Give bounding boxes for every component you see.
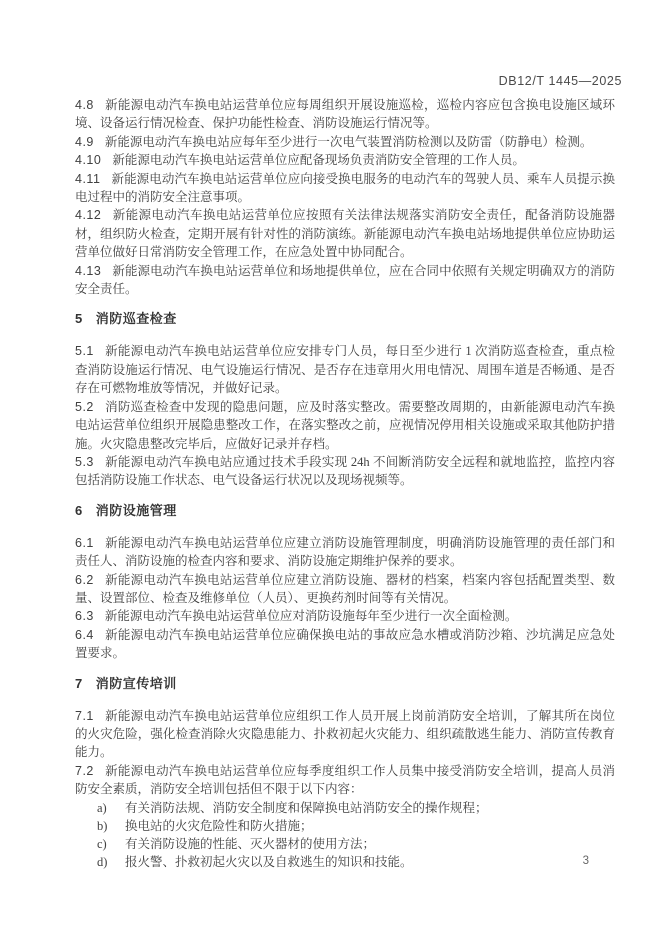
clause-4-12: 4.12新能源电动汽车换电站运营单位应按照有关法律法规落实消防安全责任，配备消防… xyxy=(75,206,615,261)
clause-number: 4.11 xyxy=(75,172,100,186)
clause-number: 5.1 xyxy=(75,344,94,358)
list-item-text: 报火警、扑救初起火灾以及自救逃生的知识和技能。 xyxy=(125,853,615,871)
clause-number: 6.4 xyxy=(75,628,94,642)
clause-number: 6.3 xyxy=(75,609,94,623)
clause-6-1: 6.1新能源电动汽车换电站运营单位应建立消防设施管理制度，明确消防设施管理的责任… xyxy=(75,534,615,571)
clause-text: 新能源电动汽车换电站运营单位应向接受换电服务的电动汽车的驾驶人员、乘车人员提示换… xyxy=(75,172,615,204)
clause-text: 新能源电动汽车换电站运营单位和场地提供单位，应在合同中依照有关规定明确双方的消防… xyxy=(75,264,615,296)
clause-text: 新能源电动汽车换电站运营单位应每周组织开展设施巡检，巡检内容应包含换电设施区域环… xyxy=(75,98,615,130)
clause-text: 消防巡查检查中发现的隐患问题，应及时落实整改。需要整改周期的，由新能源电动汽车换… xyxy=(75,400,615,451)
list-item-a: a)有关消防法规、消防安全制度和保障换电站消防安全的操作规程； xyxy=(97,799,615,817)
clause-number: 4.13 xyxy=(75,264,101,278)
clause-text: 新能源电动汽车换电站运营单位应组织工作人员开展上岗前消防安全培训，了解其所在岗位… xyxy=(75,709,615,760)
clause-text: 新能源电动汽车换电站运营单位应配备现场负责消防安全管理的工作人员。 xyxy=(112,153,525,167)
section-number: 6 xyxy=(75,503,83,518)
clause-6-3: 6.3新能源电动汽车换电站运营单位应对消防设施每年至少进行一次全面检测。 xyxy=(75,607,615,625)
document-body: 4.8新能源电动汽车换电站运营单位应每周组织开展设施巡检，巡检内容应包含换电设施… xyxy=(75,96,615,871)
list-item-d: d)报火警、扑救初起火灾以及自救逃生的知识和技能。 xyxy=(97,853,615,871)
clause-text: 新能源电动汽车换电站运营单位应安排专门人员，每日至少进行 1 次消防巡查检查，重… xyxy=(75,344,615,395)
clause-4-10: 4.10新能源电动汽车换电站运营单位应配备现场负责消防安全管理的工作人员。 xyxy=(75,151,615,169)
clause-4-8: 4.8新能源电动汽车换电站运营单位应每周组织开展设施巡检，巡检内容应包含换电设施… xyxy=(75,96,615,133)
clause-number: 6.1 xyxy=(75,536,94,550)
clause-4-13: 4.13新能源电动汽车换电站运营单位和场地提供单位，应在合同中依照有关规定明确双… xyxy=(75,262,615,299)
list-item-b: b)换电站的火灾危险性和防火措施； xyxy=(97,817,615,835)
section-heading-5: 5消防巡查检查 xyxy=(75,308,615,327)
clause-4-11: 4.11新能源电动汽车换电站运营单位应向接受换电服务的电动汽车的驾驶人员、乘车人… xyxy=(75,170,615,207)
list-item-label: d) xyxy=(97,853,125,871)
clause-number: 4.10 xyxy=(75,153,101,167)
clause-6-4: 6.4新能源电动汽车换电站运营单位应确保换电站的事故应急水槽或消防沙箱、沙坑满足… xyxy=(75,626,615,663)
clause-5-3: 5.3新能源电动汽车换电站应通过技术手段实现 24h 不间断消防安全远程和就地监… xyxy=(75,453,615,490)
clause-text: 新能源电动汽车换电站应通过技术手段实现 24h 不间断消防安全远程和就地监控，监… xyxy=(75,455,615,487)
clause-5-1: 5.1新能源电动汽车换电站运营单位应安排专门人员，每日至少进行 1 次消防巡查检… xyxy=(75,342,615,397)
clause-text: 新能源电动汽车换电站运营单位应建立消防设施、器材的档案，档案内容包括配置类型、数… xyxy=(75,573,615,605)
list-item-c: c)有关消防设施的性能、灭火器材的使用方法； xyxy=(97,835,615,853)
clause-text: 新能源电动汽车换电站运营单位应对消防设施每年至少进行一次全面检测。 xyxy=(105,609,518,623)
document-page: DB12/T 1445—2025 4.8新能源电动汽车换电站运营单位应每周组织开… xyxy=(0,0,662,936)
training-content-list: a)有关消防法规、消防安全制度和保障换电站消防安全的操作规程； b)换电站的火灾… xyxy=(75,799,615,872)
clause-text: 新能源电动汽车换电站运营单位应每季度组织工作人员集中接受消防安全培训，提高人员消… xyxy=(75,764,615,796)
clause-7-1: 7.1新能源电动汽车换电站运营单位应组织工作人员开展上岗前消防安全培训，了解其所… xyxy=(75,707,615,762)
clause-4-9: 4.9新能源电动汽车换电站应每年至少进行一次电气装置消防检测以及防雷（防静电）检… xyxy=(75,133,615,151)
clause-number: 7.1 xyxy=(75,709,94,723)
clause-number: 5.2 xyxy=(75,400,94,414)
clause-text: 新能源电动汽车换电站运营单位应按照有关法律法规落实消防安全责任，配备消防设施器材… xyxy=(75,208,615,259)
clause-number: 4.8 xyxy=(75,98,94,112)
section-title: 消防设施管理 xyxy=(96,503,177,518)
section-title: 消防巡查检查 xyxy=(96,311,177,326)
standard-number: DB12/T 1445—2025 xyxy=(499,74,622,88)
clause-6-2: 6.2新能源电动汽车换电站运营单位应建立消防设施、器材的档案，档案内容包括配置类… xyxy=(75,571,615,608)
section-heading-7: 7消防宣传培训 xyxy=(75,673,615,692)
clause-text: 新能源电动汽车换电站运营单位应确保换电站的事故应急水槽或消防沙箱、沙坑满足应急处… xyxy=(75,628,615,660)
list-item-label: a) xyxy=(97,799,125,817)
section-number: 7 xyxy=(75,676,83,691)
clause-7-2: 7.2新能源电动汽车换电站运营单位应每季度组织工作人员集中接受消防安全培训，提高… xyxy=(75,762,615,799)
list-item-text: 有关消防设施的性能、灭火器材的使用方法； xyxy=(125,835,615,853)
page-number: 3 xyxy=(583,855,589,867)
section-title: 消防宣传培训 xyxy=(96,676,177,691)
clause-number: 5.3 xyxy=(75,455,94,469)
section-number: 5 xyxy=(75,311,83,326)
clause-text: 新能源电动汽车换电站运营单位应建立消防设施管理制度，明确消防设施管理的责任部门和… xyxy=(75,536,615,568)
document-header: DB12/T 1445—2025 xyxy=(75,74,622,88)
clause-number: 6.2 xyxy=(75,573,94,587)
clause-number: 7.2 xyxy=(75,764,94,778)
clause-5-2: 5.2消防巡查检查中发现的隐患问题，应及时落实整改。需要整改周期的，由新能源电动… xyxy=(75,398,615,453)
clause-text: 新能源电动汽车换电站应每年至少进行一次电气装置消防检测以及防雷（防静电）检测。 xyxy=(105,135,593,149)
clause-number: 4.9 xyxy=(75,135,94,149)
section-heading-6: 6消防设施管理 xyxy=(75,500,615,519)
clause-number: 4.12 xyxy=(75,208,101,222)
list-item-label: b) xyxy=(97,817,125,835)
list-item-text: 有关消防法规、消防安全制度和保障换电站消防安全的操作规程； xyxy=(125,799,615,817)
list-item-label: c) xyxy=(97,835,125,853)
list-item-text: 换电站的火灾危险性和防火措施； xyxy=(125,817,615,835)
